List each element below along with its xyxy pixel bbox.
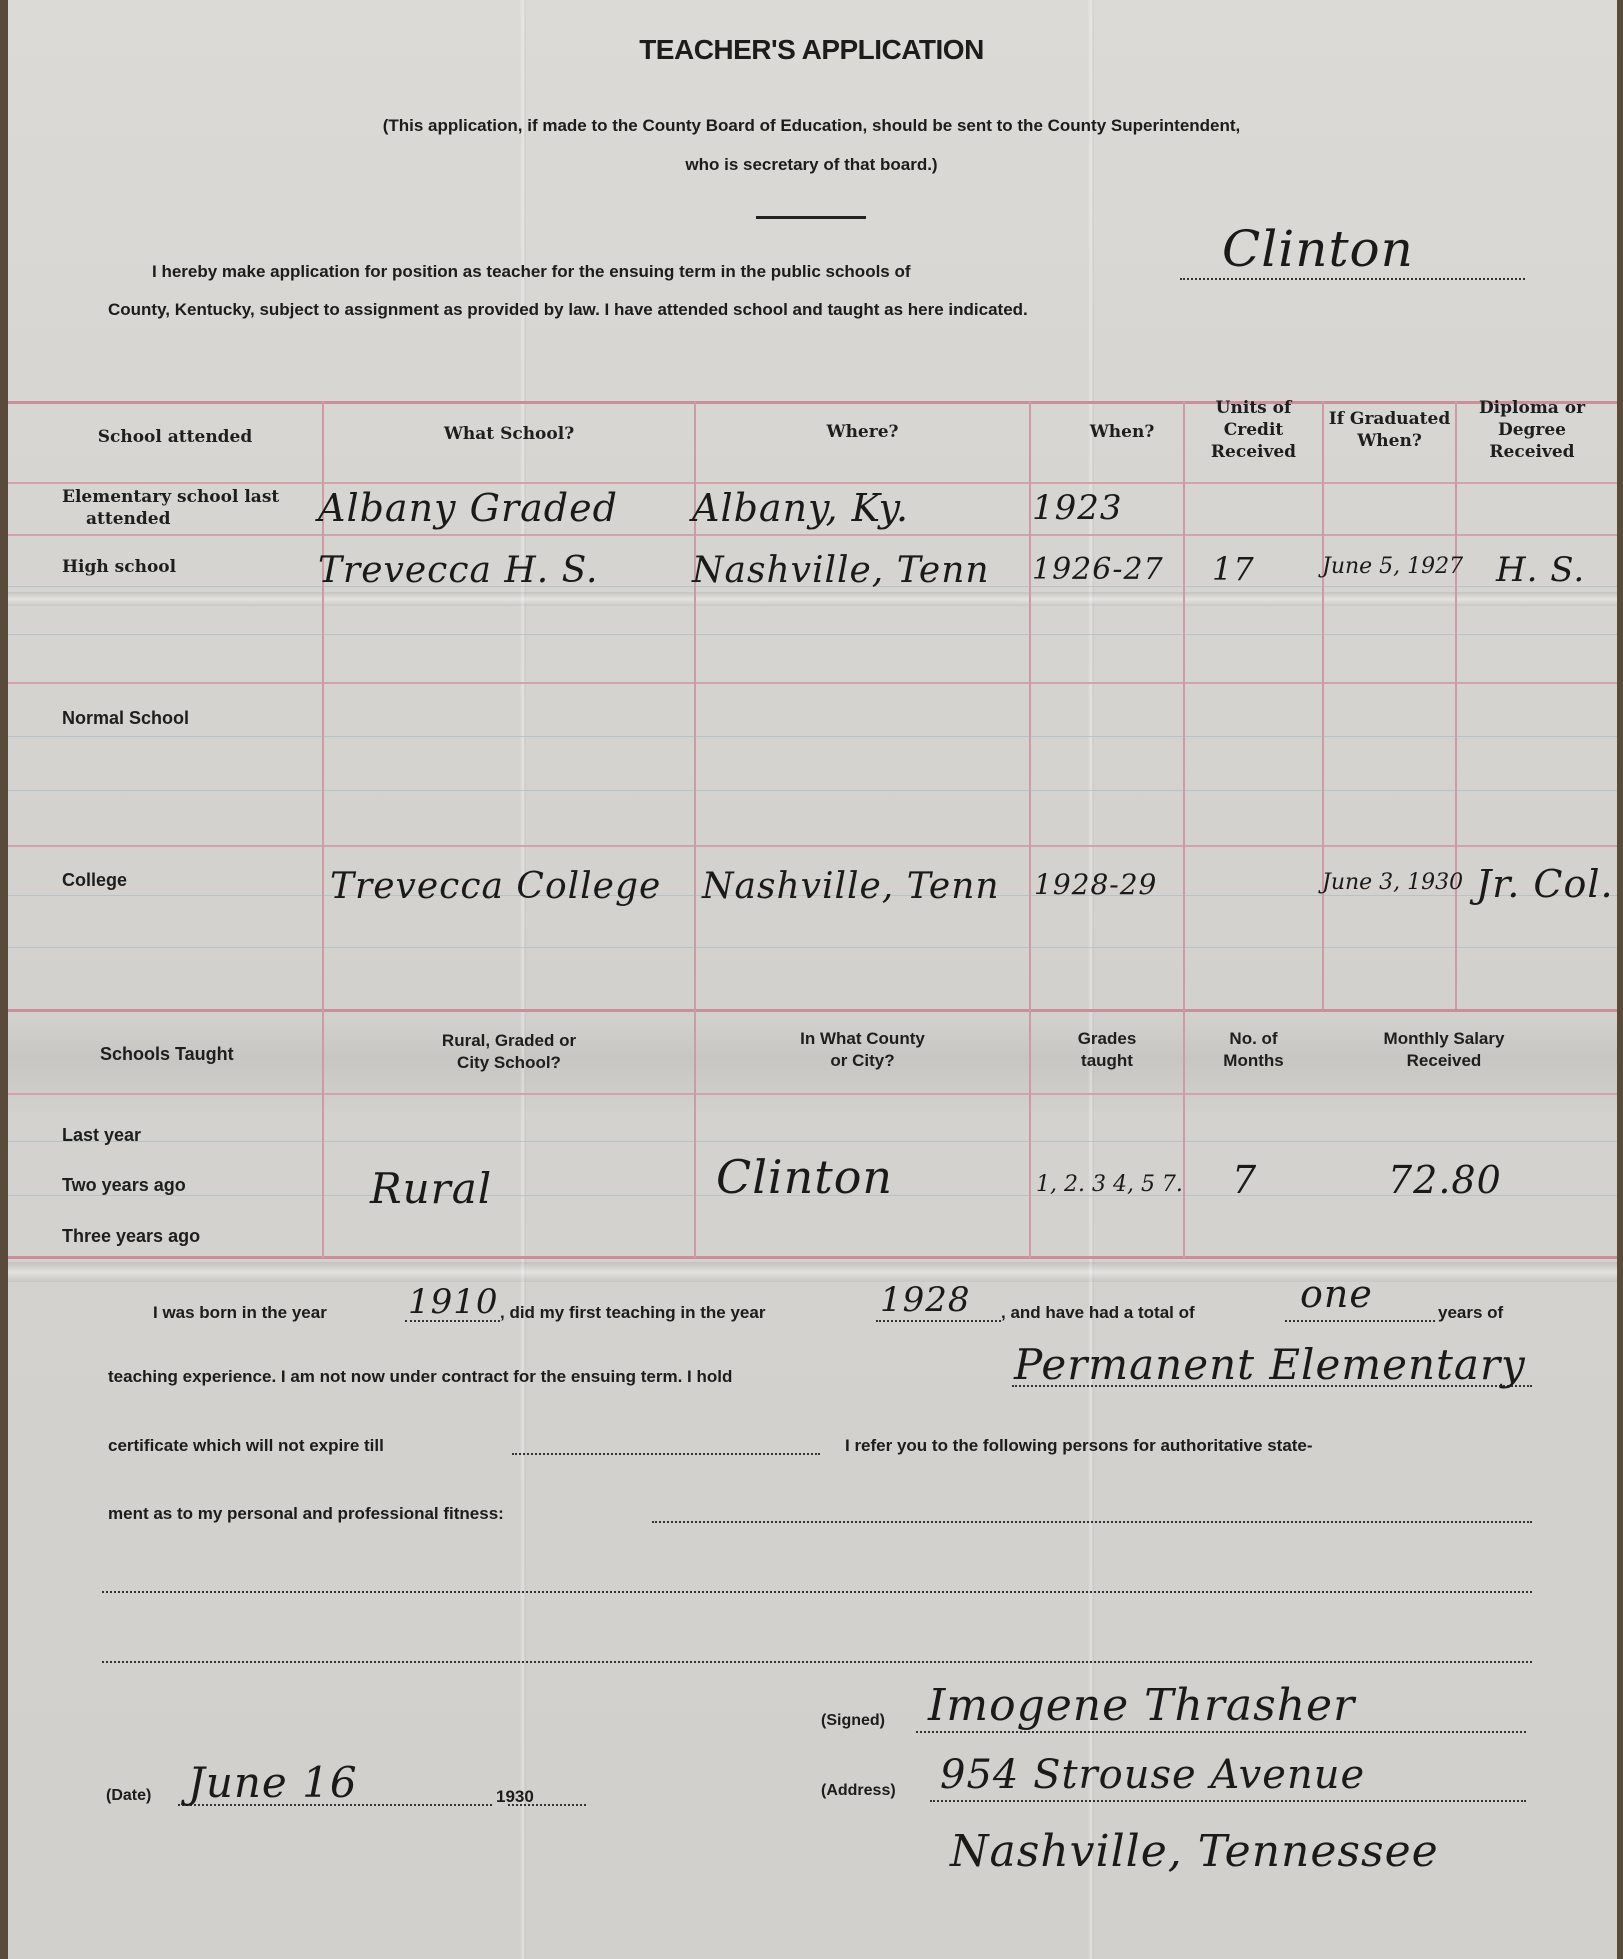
- total-years-field[interactable]: one: [1300, 1272, 1373, 1316]
- row-label-two-years-ago: Two years ago: [62, 1175, 186, 1196]
- header-units-line: Credit: [1185, 419, 1322, 441]
- header-diploma: Diploma or Degree Received: [1457, 397, 1607, 463]
- county-field[interactable]: Clinton: [1222, 220, 1414, 278]
- header-diploma-line: Diploma or: [1457, 397, 1607, 419]
- cell-taught-type[interactable]: Rural: [370, 1164, 492, 1213]
- table-rule: [8, 534, 1617, 536]
- form-title: TEACHER'S APPLICATION: [0, 34, 1623, 66]
- title-divider: [756, 216, 866, 219]
- header-line: In What County: [696, 1028, 1029, 1050]
- cell-high-school[interactable]: Trevecca H. S.: [318, 550, 599, 591]
- table-rule: [8, 401, 1617, 404]
- row-label-college: College: [62, 870, 127, 891]
- ruled-line: [8, 736, 1617, 737]
- cell-elementary-school[interactable]: Albany Graded: [318, 486, 618, 530]
- total-years-line: [1285, 1320, 1435, 1322]
- cell-high-diploma[interactable]: H. S.: [1496, 550, 1585, 590]
- header-units-line: Received: [1185, 441, 1322, 463]
- expiry-line[interactable]: [512, 1453, 820, 1455]
- address-label: (Address): [821, 1782, 896, 1800]
- statement-line-3: certificate which will not expire till: [108, 1436, 384, 1456]
- header-graduated-line: If Graduated: [1322, 408, 1457, 430]
- header-line: Months: [1185, 1050, 1322, 1072]
- county-field-line: [1180, 278, 1525, 280]
- cell-taught-salary[interactable]: 72.80: [1388, 1158, 1502, 1202]
- certificate-field[interactable]: Permanent Elementary: [1014, 1340, 1526, 1389]
- cell-high-units[interactable]: 17: [1212, 550, 1255, 588]
- fold-crease-horizontal: [8, 592, 1617, 606]
- column-rule: [1455, 401, 1457, 1009]
- header-where: Where?: [696, 421, 1029, 443]
- header-school-type: Rural, Graded or City School?: [324, 1030, 694, 1074]
- header-line: Rural, Graded or: [324, 1030, 694, 1052]
- cell-high-where[interactable]: Nashville, Tenn: [692, 550, 990, 591]
- header-diploma-line: Degree: [1457, 419, 1607, 441]
- header-graduated-line: When?: [1322, 430, 1457, 452]
- signature-field[interactable]: Imogene Thrasher: [928, 1680, 1355, 1731]
- cell-elementary-when[interactable]: 1923: [1032, 488, 1123, 528]
- header-what-school: What School?: [324, 423, 694, 445]
- fold-crease-horizontal: [8, 1262, 1617, 1282]
- statement-line-4: ment as to my personal and professional …: [108, 1504, 504, 1524]
- row-label-three-years-ago: Three years ago: [62, 1226, 200, 1247]
- header-months: No. of Months: [1185, 1028, 1322, 1072]
- born-year-field[interactable]: 1910: [408, 1282, 499, 1322]
- date-field[interactable]: June 16: [188, 1758, 358, 1807]
- cell-college-where[interactable]: Nashville, Tenn: [702, 866, 1000, 907]
- application-paper: [8, 0, 1617, 1959]
- header-grades: Grades taught: [1031, 1028, 1183, 1072]
- header-when: When?: [1031, 421, 1183, 443]
- row-label-line: Elementary school last: [62, 486, 279, 508]
- header-units: Units of Credit Received: [1185, 397, 1322, 463]
- header-line: City School?: [324, 1052, 694, 1074]
- statement-born-prefix: I was born in the year: [153, 1303, 327, 1323]
- ruled-line: [8, 947, 1617, 948]
- table-rule: [8, 1009, 1617, 1012]
- column-rule: [1183, 401, 1185, 1258]
- header-line: Monthly Salary: [1324, 1028, 1564, 1050]
- reference-line[interactable]: [102, 1591, 1532, 1593]
- row-label-last-year: Last year: [62, 1125, 141, 1146]
- table-rule: [8, 482, 1617, 484]
- header-school-attended: School attended: [30, 426, 320, 448]
- header-county: In What County or City?: [696, 1028, 1029, 1072]
- cell-college-when[interactable]: 1928-29: [1034, 868, 1157, 901]
- signed-label: (Signed): [821, 1712, 885, 1730]
- header-salary: Monthly Salary Received: [1324, 1028, 1564, 1072]
- first-teaching-year-field[interactable]: 1928: [880, 1280, 971, 1320]
- ruled-line: [8, 1141, 1617, 1142]
- first-teaching-line: [876, 1320, 1001, 1322]
- cell-college-school[interactable]: Trevecca College: [330, 866, 661, 907]
- cell-high-when[interactable]: 1926-27: [1032, 552, 1164, 587]
- header-graduated: If Graduated When?: [1322, 408, 1457, 452]
- fold-crease-vertical: [1088, 0, 1094, 1959]
- column-rule: [1322, 401, 1324, 1009]
- cell-taught-county[interactable]: Clinton: [716, 1150, 893, 1204]
- instruction-line-1: (This application, if made to the County…: [0, 116, 1623, 136]
- cell-elementary-where[interactable]: Albany, Ky.: [692, 486, 909, 530]
- statement-total-prefix: , and have had a total of: [1001, 1303, 1195, 1323]
- cell-college-diploma[interactable]: Jr. Col.: [1476, 862, 1614, 906]
- statement-line-2: teaching experience. I am not now under …: [108, 1367, 732, 1387]
- statement-first-teaching-prefix: , did my first teaching in the year: [500, 1303, 765, 1323]
- intro-line-1: I hereby make application for position a…: [152, 262, 911, 282]
- header-line: Received: [1324, 1050, 1564, 1072]
- signature-line: [916, 1731, 1526, 1733]
- row-label-elementary: Elementary school last attended: [62, 486, 279, 530]
- intro-line-2: County, Kentucky, subject to assignment …: [108, 300, 1028, 320]
- header-line: taught: [1031, 1050, 1183, 1072]
- address-line-2-field[interactable]: Nashville, Tennessee: [950, 1826, 1439, 1877]
- address-line-1-field[interactable]: 954 Strouse Avenue: [940, 1752, 1365, 1798]
- table-rule: [8, 1093, 1617, 1095]
- cell-taught-months[interactable]: 7: [1232, 1158, 1257, 1202]
- cell-high-graduated[interactable]: June 5, 1927: [1322, 554, 1463, 579]
- statement-line-3-suffix: I refer you to the following persons for…: [845, 1436, 1313, 1456]
- reference-line[interactable]: [652, 1521, 1532, 1523]
- table-rule: [8, 845, 1617, 847]
- header-line: No. of: [1185, 1028, 1322, 1050]
- year-line: [508, 1804, 586, 1806]
- header-line: Grades: [1031, 1028, 1183, 1050]
- row-label-line: attended: [62, 508, 279, 530]
- address-line: [930, 1800, 1526, 1802]
- fold-crease-vertical: [520, 0, 526, 1959]
- row-label-high-school: High school: [62, 556, 176, 578]
- column-rule: [1029, 401, 1031, 1258]
- date-label: (Date): [106, 1787, 151, 1805]
- table-rule: [8, 1256, 1617, 1259]
- table-rule: [8, 682, 1617, 684]
- cell-taught-grades[interactable]: 1, 2. 3 4, 5 7.: [1036, 1172, 1183, 1197]
- ruled-line: [8, 634, 1617, 635]
- row-label-normal-school: Normal School: [62, 708, 189, 729]
- header-line: or City?: [696, 1050, 1029, 1072]
- header-schools-taught: Schools Taught: [100, 1044, 234, 1065]
- reference-line[interactable]: [102, 1661, 1532, 1663]
- ruled-line: [8, 790, 1617, 791]
- header-diploma-line: Received: [1457, 441, 1607, 463]
- cell-college-graduated[interactable]: June 3, 1930: [1322, 870, 1463, 895]
- header-units-line: Units of: [1185, 397, 1322, 419]
- statement-total-suffix: years of: [1438, 1303, 1503, 1323]
- instruction-line-2: who is secretary of that board.): [0, 155, 1623, 175]
